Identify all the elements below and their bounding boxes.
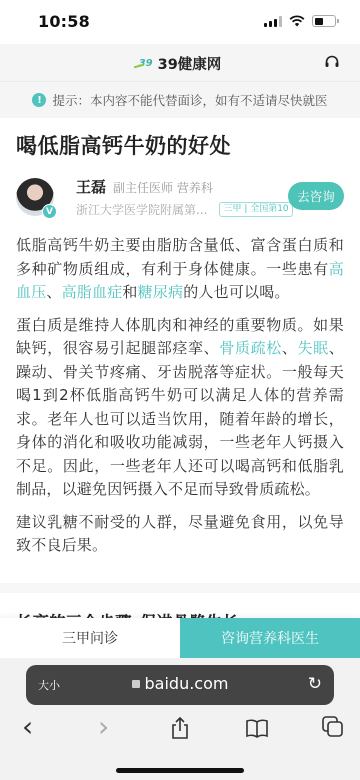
battery-icon xyxy=(312,15,336,27)
paragraph-1: 低脂高钙牛奶主要由脂肪含量低、富含蛋白质和多种矿物质组成，有利于身体健康。一些患… xyxy=(16,234,344,305)
verified-icon: V xyxy=(42,204,57,219)
back-icon[interactable]: ‹ xyxy=(22,710,33,743)
address-bar[interactable]: 大小 baidu.com ↻ xyxy=(26,665,334,705)
home-indicator[interactable] xyxy=(116,768,244,773)
bookmarks-icon[interactable] xyxy=(245,718,269,738)
browser-chrome: 大小 baidu.com ↻ ‹ › xyxy=(0,658,360,780)
consult-nutrition-doctor-button[interactable]: 咨询营养科医生 xyxy=(180,618,360,658)
consult-button[interactable]: 去咨询 xyxy=(288,182,344,210)
site-logo-icon: 39 xyxy=(139,58,153,69)
doctor-name: 王磊 xyxy=(76,176,106,197)
tabs-icon[interactable] xyxy=(322,716,344,738)
headset-icon[interactable] xyxy=(324,54,340,70)
paragraph-3: 建议乳糖不耐受的人群，尽量避免食用，以免导致不良后果。 xyxy=(16,511,344,558)
text: 低脂高钙牛奶主要由脂肪含量低、富含蛋白质和多种矿物质组成，有利于身体健康。一些患… xyxy=(16,236,344,278)
share-icon[interactable] xyxy=(170,716,190,740)
doctor-card[interactable]: V 王磊 副主任医师 营养科 浙江大学医学院附属第... 三甲 | 全国第10 … xyxy=(16,176,344,218)
text: 、 xyxy=(282,339,298,357)
text: 和 xyxy=(122,283,137,301)
article-title: 喝低脂高钙牛奶的好处 xyxy=(16,130,344,160)
browser-toolbar: ‹ › xyxy=(0,716,360,746)
forward-icon[interactable]: › xyxy=(98,710,109,743)
info-icon: ! xyxy=(32,93,46,107)
text: 、 xyxy=(46,283,61,301)
text: 、躁动、骨关节疼痛、牙齿脱落等症状。一般每天喝1到2杯低脂高钙牛奶可以满足人体的… xyxy=(16,339,344,498)
cellular-signal-icon xyxy=(264,16,282,27)
link-diabetes[interactable]: 糖尿病 xyxy=(138,283,184,301)
reload-icon[interactable]: ↻ xyxy=(308,674,322,694)
lock-icon xyxy=(132,680,140,688)
site-brand[interactable]: 39 39健康网 xyxy=(0,53,360,74)
url-text: baidu.com xyxy=(145,674,229,693)
clock: 10:58 xyxy=(38,12,90,31)
doctor-title: 副主任医师 营养科 xyxy=(113,179,213,196)
article: 喝低脂高钙牛奶的好处 V 王磊 副主任医师 营养科 浙江大学医学院附属第... … xyxy=(0,118,360,583)
text: 的人也可以喝。 xyxy=(183,283,289,301)
status-bar: 10:58 xyxy=(0,0,360,44)
article-body: 低脂高钙牛奶主要由脂肪含量低、富含蛋白质和多种矿物质组成，有利于身体健康。一些患… xyxy=(16,234,344,558)
top-hospital-consult-button[interactable]: 三甲问诊 xyxy=(0,618,180,658)
wifi-icon xyxy=(289,15,305,27)
disclaimer-text: 提示：本内容不能代替面诊，如有不适请尽快就医 xyxy=(52,91,327,109)
doctor-hospital: 浙江大学医学院附属第... xyxy=(76,201,207,218)
link-hyperlipidemia[interactable]: 高脂血症 xyxy=(62,283,123,301)
link-osteoporosis[interactable]: 骨质疏松 xyxy=(219,339,282,357)
link-insomnia[interactable]: 失眠 xyxy=(298,339,329,357)
paragraph-2: 蛋白质是维持人体肌肉和神经的重要物质。如果缺钙，很容易引起腿部痉挛、骨质疏松、失… xyxy=(16,314,344,502)
bottom-action-bar: 三甲问诊 咨询营养科医生 xyxy=(0,618,360,658)
site-name: 39健康网 xyxy=(158,53,222,74)
site-header: 39 39健康网 xyxy=(0,44,360,82)
hospital-rank-badge: 三甲 | 全国第10 xyxy=(219,202,292,217)
medical-disclaimer: ! 提示：本内容不能代替面诊，如有不适请尽快就医 xyxy=(0,82,360,118)
doctor-avatar[interactable]: V xyxy=(16,178,54,216)
